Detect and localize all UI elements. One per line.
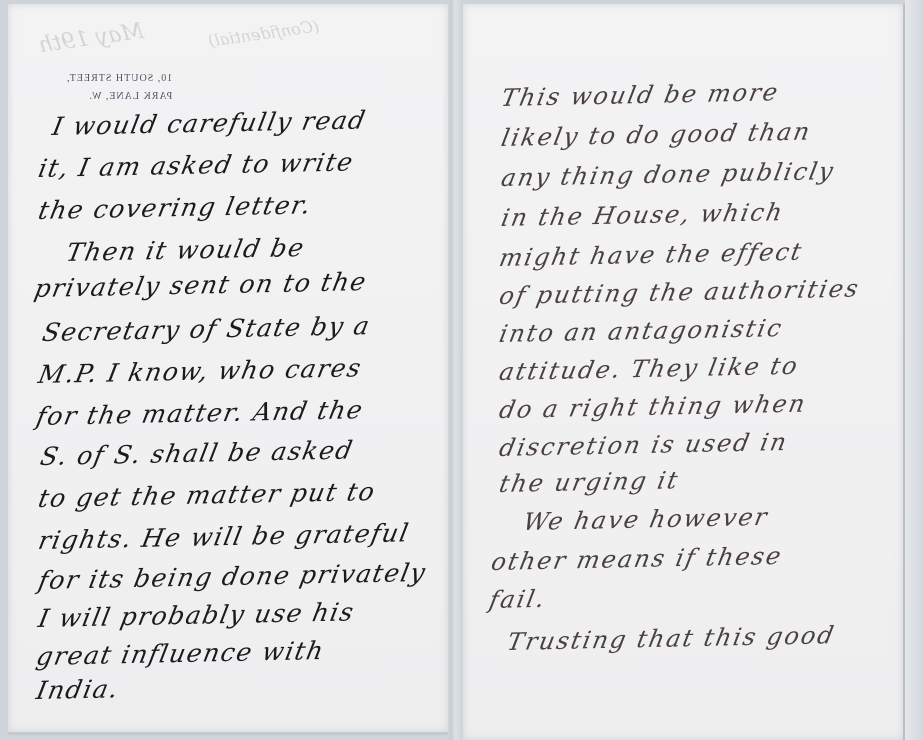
text-line: the covering letter. <box>36 190 314 225</box>
text-line: in the House, which <box>499 198 786 232</box>
letterhead-area: PARK LANE, W. <box>66 88 172 106</box>
text-line: discretion is used in <box>497 428 791 462</box>
letter-scan: May 19th (Confidential) 10, SOUTH STREET… <box>0 0 923 740</box>
center-fold <box>450 0 462 740</box>
text-line: M.P. I know, who cares <box>36 353 365 389</box>
text-line: Trusting that this good <box>505 621 838 656</box>
letterhead-street: 10, SOUTH STREET, <box>66 70 172 88</box>
bleed-through-date: May 19th <box>37 19 146 59</box>
text-line: for its being done privately <box>36 558 429 595</box>
bleed-through-note: (Confidential) <box>207 16 320 51</box>
text-line: the urging it <box>497 466 682 498</box>
text-line: great influence with <box>34 636 327 671</box>
text-line: it, I am asked to write <box>36 147 357 183</box>
text-line: might have the effect <box>497 238 806 272</box>
text-line: S. of S. shall be asked <box>38 435 356 471</box>
frame-edge <box>905 0 923 740</box>
text-line: any thing done publicly <box>499 157 837 192</box>
text-line: privately sent on to the <box>32 267 370 303</box>
text-line: fail. <box>487 585 549 614</box>
text-line: attitude. They like to <box>497 352 801 386</box>
letterhead: 10, SOUTH STREET, PARK LANE, W. <box>66 70 172 106</box>
right-page: This would be more likely to do good tha… <box>463 4 906 740</box>
text-line: other means if these <box>489 542 785 576</box>
text-line: India. <box>34 674 122 705</box>
text-line: I will probably use his <box>36 597 357 633</box>
text-line: do a right thing when <box>497 390 809 424</box>
left-page: May 19th (Confidential) 10, SOUTH STREET… <box>8 4 448 735</box>
text-line: for the matter. And the <box>34 395 366 431</box>
text-line: Secretary of State by a <box>40 311 373 347</box>
text-line: This would be more <box>499 78 782 112</box>
text-line: Then it would be <box>64 233 307 267</box>
text-line: We have however <box>521 503 771 536</box>
text-line: to get the matter put to <box>36 477 378 513</box>
text-line: of putting the authorities <box>497 274 862 310</box>
text-line: rights. He will be grateful <box>36 518 412 555</box>
text-line: likely to do good than <box>499 118 814 152</box>
text-line: into an antagonistic <box>497 314 786 348</box>
text-line: I would carefully read <box>50 105 369 141</box>
